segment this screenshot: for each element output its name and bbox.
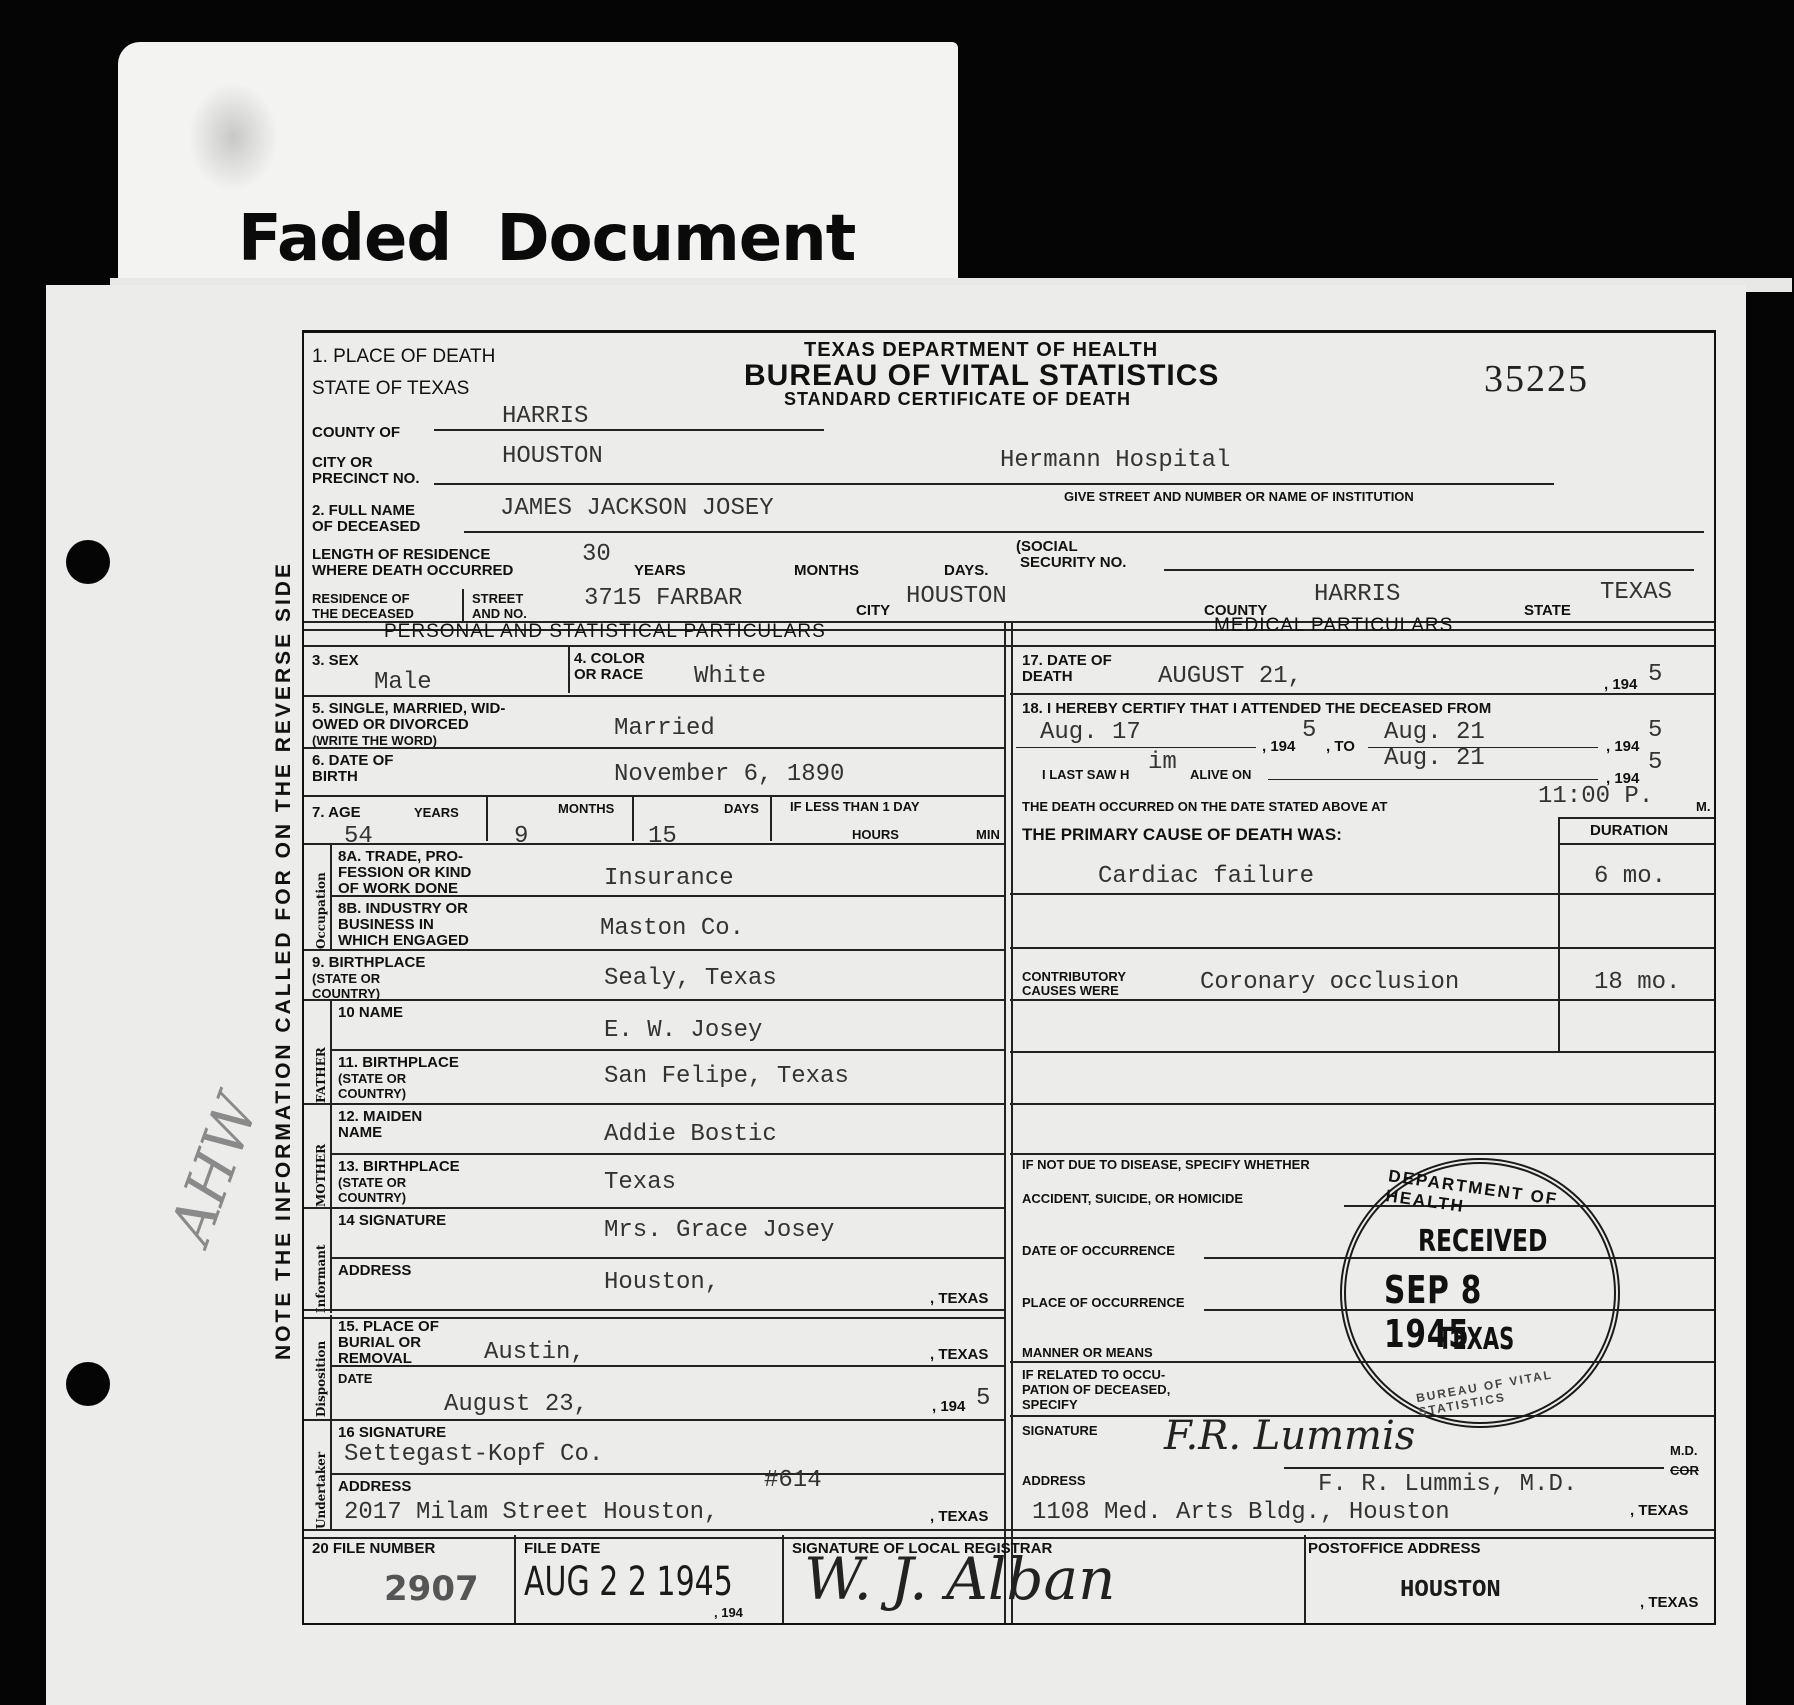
file-number-label: 20 FILE NUMBER xyxy=(312,1541,435,1557)
days-label: DAYS. xyxy=(944,563,988,579)
marital-label: 5. SINGLE, MARRIED, WID- xyxy=(312,701,505,717)
marital-label-3: (WRITE THE WORD) xyxy=(312,733,437,748)
ssn-label-2: SECURITY NO. xyxy=(1020,555,1126,571)
texas-suffix: , TEXAS xyxy=(930,1291,988,1307)
time-label: THE DEATH OCCURRED ON THE DATE STATED AB… xyxy=(1022,799,1387,814)
informant-address-value: Houston, xyxy=(604,1269,719,1296)
punch-hole-icon xyxy=(66,540,110,584)
mother-birthplace-label: 13. BIRTHPLACE xyxy=(338,1159,460,1175)
mother-name-label-2: NAME xyxy=(338,1125,382,1141)
father-birthplace-label-3: COUNTRY) xyxy=(338,1086,406,1101)
attended-to-value: Aug. 21 xyxy=(1384,719,1485,746)
street-label-2: AND NO. xyxy=(472,606,527,621)
undertaker-license: #614 xyxy=(764,1467,822,1494)
dod-year-prefix: , 194 xyxy=(1604,677,1637,693)
full-name-value: JAMES JACKSON JOSEY xyxy=(500,495,774,522)
informant-value: Mrs. Grace Josey xyxy=(604,1217,834,1244)
residence-label: RESIDENCE OF xyxy=(312,591,410,606)
burial-year-digit: 5 xyxy=(976,1385,990,1412)
cor-label: COR xyxy=(1670,1463,1699,1478)
duration-label: DURATION xyxy=(1590,823,1668,839)
stamp-state: TEXAS xyxy=(1438,1322,1514,1357)
po-address-value: HOUSTON xyxy=(1400,1577,1501,1604)
certificate-number: 35225 xyxy=(1484,357,1589,401)
attended-to-year: 5 xyxy=(1648,717,1662,744)
burial-label-2: BURIAL OR xyxy=(338,1335,421,1351)
last-saw-date: Aug. 21 xyxy=(1384,745,1485,772)
industry-label: 8B. INDUSTRY OR xyxy=(338,901,468,917)
trade-value: Insurance xyxy=(604,865,734,892)
county-value: HARRIS xyxy=(502,403,588,430)
dod-year-digit: 5 xyxy=(1648,661,1662,688)
mother-birthplace-value: Texas xyxy=(604,1169,676,1196)
res-state-value: TEXAS xyxy=(1600,579,1672,606)
disposition-side-label: Disposition xyxy=(314,1341,328,1417)
informant-signature-label: 14 SIGNATURE xyxy=(338,1213,446,1229)
dob-label-2: BIRTH xyxy=(312,769,358,785)
ssn-label: (SOCIAL xyxy=(1016,539,1078,555)
physician-address-label: ADDRESS xyxy=(1022,1473,1086,1488)
age-label: 7. AGE xyxy=(312,805,361,821)
file-date-label: FILE DATE xyxy=(524,1541,600,1557)
sex-label: 3. SEX xyxy=(312,653,359,669)
file-date-value: AUG 2 2 1945 xyxy=(524,1559,733,1605)
medical-heading: MEDICAL PARTICULARS xyxy=(1214,615,1453,637)
race-value: White xyxy=(694,663,766,690)
stamp-received: RECEIVED xyxy=(1418,1224,1547,1259)
father-side-label: FATHER xyxy=(314,1047,328,1103)
dod-label-2: DEATH xyxy=(1022,669,1073,685)
res-county-value: HARRIS xyxy=(1314,581,1400,608)
personal-heading: PERSONAL AND STATISTICAL PARTICULARS xyxy=(384,621,826,643)
death-certificate-form: 1. PLACE OF DEATH STATE OF TEXAS TEXAS D… xyxy=(302,330,1716,1625)
county-label: COUNTY OF xyxy=(312,425,400,441)
mother-side-label: MOTHER xyxy=(314,1144,328,1207)
age-days-value: 15 xyxy=(648,823,677,850)
last-saw-pronoun: im xyxy=(1148,749,1177,776)
undertaker-address-label: ADDRESS xyxy=(338,1479,411,1495)
file-year-prefix: , 194 xyxy=(714,1605,743,1620)
from-year-prefix: , 194 xyxy=(1262,739,1295,755)
mother-name-label: 12. MAIDEN xyxy=(338,1109,422,1125)
precinct-label: PRECINCT NO. xyxy=(312,471,420,487)
institution-value: Hermann Hospital xyxy=(1000,447,1230,474)
informant-address-label: ADDRESS xyxy=(338,1263,411,1279)
sex-value: Male xyxy=(374,669,432,696)
res-city-label: CITY xyxy=(856,603,890,619)
occupation-related-label-3: SPECIFY xyxy=(1022,1397,1078,1412)
mother-birthplace-label-3: COUNTRY) xyxy=(338,1190,406,1205)
birthplace-value: Sealy, Texas xyxy=(604,965,777,992)
time-value: 11:00 P. xyxy=(1538,783,1653,810)
trade-label-2: FESSION OR KIND xyxy=(338,865,471,881)
physician-address-value: 1108 Med. Arts Bldg., Houston xyxy=(1032,1499,1450,1526)
to-label: , TO xyxy=(1326,739,1355,755)
physician-name: F. R. Lummis, M.D. xyxy=(1318,1471,1577,1498)
institution-hint: GIVE STREET AND NUMBER OR NAME OF INSTIT… xyxy=(1064,489,1414,504)
primary-duration-value: 6 mo. xyxy=(1594,863,1666,890)
undertaker-side-label: Undertaker xyxy=(314,1452,328,1529)
father-birthplace-label-2: (STATE OR xyxy=(338,1071,406,1086)
contributory-label-2: CAUSES WERE xyxy=(1022,983,1119,998)
burial-place-value: Austin, xyxy=(484,1339,585,1366)
dod-label: 17. DATE OF xyxy=(1022,653,1112,669)
dob-label: 6. DATE OF xyxy=(312,753,393,769)
residence-years-value: 30 xyxy=(582,541,611,568)
father-name-value: E. W. Josey xyxy=(604,1017,762,1044)
age-less-label: IF LESS THAN 1 DAY xyxy=(790,799,920,814)
occupation-related-label: IF RELATED TO OCCU- xyxy=(1022,1367,1165,1382)
contributory-label: CONTRIBUTORY xyxy=(1022,969,1126,984)
accident-label: ACCIDENT, SUICIDE, OR HOMICIDE xyxy=(1022,1191,1243,1206)
occupation-related-label-2: PATION OF DECEASED, xyxy=(1022,1382,1170,1397)
age-min-label: MIN xyxy=(976,827,1000,842)
time-suffix: M. xyxy=(1696,799,1710,814)
reverse-side-note: NOTE THE INFORMATION CALLED FOR ON THE R… xyxy=(272,1320,296,1360)
undertaker-value: Settegast-Kopf Co. xyxy=(344,1441,603,1468)
city-label: CITY OR xyxy=(312,455,373,471)
to-year-prefix: , 194 xyxy=(1606,739,1639,755)
informant-side-label: Informant xyxy=(314,1244,328,1313)
burial-date-label: DATE xyxy=(338,1371,372,1386)
texas-suffix: , TEXAS xyxy=(930,1509,988,1525)
faded-document-tab: Faded Document xyxy=(118,42,958,292)
pencil-annotation: AHW xyxy=(156,1086,272,1252)
alive-on-label: ALIVE ON xyxy=(1190,767,1251,782)
age-months-value: 9 xyxy=(514,823,528,850)
manner-label: MANNER OR MEANS xyxy=(1022,1345,1153,1360)
texas-suffix: , TEXAS xyxy=(1630,1503,1688,1519)
not-disease-label: IF NOT DUE TO DISEASE, SPECIFY WHETHER xyxy=(1022,1157,1310,1172)
father-name-label: 10 NAME xyxy=(338,1005,403,1021)
place-of-death-label: 1. PLACE OF DEATH xyxy=(312,347,495,367)
occurrence-place-label: PLACE OF OCCURRENCE xyxy=(1022,1295,1185,1310)
age-hours-label: HOURS xyxy=(852,827,899,842)
res-city-value: HOUSTON xyxy=(906,583,1007,610)
age-years-value: 54 xyxy=(344,823,373,850)
undertaker-signature-label: 16 SIGNATURE xyxy=(338,1425,446,1441)
last-saw-year: 5 xyxy=(1648,749,1662,776)
texas-suffix: , TEXAS xyxy=(1640,1595,1698,1611)
state-label: STATE OF TEXAS xyxy=(312,379,469,399)
physician-signature: F.R. Lummis xyxy=(1164,1413,1415,1459)
registrar-signature: W. J. Alban xyxy=(804,1545,1115,1613)
received-stamp: DEPARTMENT OF HEALTH RECEIVED SEP 8 1945… xyxy=(1340,1158,1620,1428)
industry-value: Maston Co. xyxy=(600,915,744,942)
full-name-label: 2. FULL NAME xyxy=(312,503,415,519)
attended-from-year: 5 xyxy=(1302,717,1316,744)
certify-label: 18. I HEREBY CERTIFY THAT I ATTENDED THE… xyxy=(1022,701,1491,717)
attended-from-value: Aug. 17 xyxy=(1040,719,1141,746)
residence-label-2: THE DECEASED xyxy=(312,606,414,621)
street-value: 3715 FARBAR xyxy=(584,585,742,612)
dod-value: AUGUST 21, xyxy=(1158,663,1302,690)
age-months-label: MONTHS xyxy=(558,801,614,816)
industry-label-2: BUSINESS IN xyxy=(338,917,434,933)
residence-length-label-2: WHERE DEATH OCCURRED xyxy=(312,563,513,579)
birthplace-label-2: (STATE OR xyxy=(312,971,380,986)
burial-date-value: August 23, xyxy=(444,1391,588,1418)
occurrence-date-label: DATE OF OCCURRENCE xyxy=(1022,1243,1175,1258)
street-label: STREET xyxy=(472,591,523,606)
tab-title: Faded Document xyxy=(238,202,855,276)
years-label: YEARS xyxy=(634,563,686,579)
age-days-label: DAYS xyxy=(724,801,759,816)
mother-name-value: Addie Bostic xyxy=(604,1121,777,1148)
certificate-type: STANDARD CERTIFICATE OF DEATH xyxy=(784,389,1131,410)
contributory-cause-value: Coronary occlusion xyxy=(1200,969,1459,996)
contributory-duration-value: 18 mo. xyxy=(1594,969,1680,996)
bureau-title: BUREAU OF VITAL STATISTICS xyxy=(744,359,1219,393)
res-state-label: STATE xyxy=(1524,603,1571,619)
primary-cause-label: THE PRIMARY CAUSE OF DEATH WAS: xyxy=(1022,827,1342,843)
marital-value: Married xyxy=(614,715,715,742)
smudge-mark xyxy=(188,82,278,192)
md-label: M.D. xyxy=(1670,1443,1697,1458)
race-label: 4. COLOR xyxy=(574,651,645,667)
mother-birthplace-label-2: (STATE OR xyxy=(338,1175,406,1190)
residence-length-label: LENGTH OF RESIDENCE xyxy=(312,547,490,563)
occupation-side-label: Occupation xyxy=(314,872,328,949)
industry-label-3: WHICH ENGAGED xyxy=(338,933,469,949)
po-address-label: POSTOFFICE ADDRESS xyxy=(1308,1541,1481,1557)
last-saw-label: I LAST SAW H xyxy=(1042,767,1129,782)
dob-value: November 6, 1890 xyxy=(614,761,844,788)
full-name-label-2: OF DECEASED xyxy=(312,519,420,535)
primary-cause-value: Cardiac failure xyxy=(1098,863,1314,890)
undertaker-address-value: 2017 Milam Street Houston, xyxy=(344,1499,718,1526)
punch-hole-icon xyxy=(66,1362,110,1406)
trade-label: 8A. TRADE, PRO- xyxy=(338,849,463,865)
texas-suffix: , TEXAS xyxy=(930,1347,988,1363)
race-label-2: OR RACE xyxy=(574,667,643,683)
burial-label: 15. PLACE OF xyxy=(338,1319,439,1335)
months-label: MONTHS xyxy=(794,563,859,579)
burial-year-prefix: , 194 xyxy=(932,1399,965,1415)
father-birthplace-label: 11. BIRTHPLACE xyxy=(338,1055,459,1071)
city-value: HOUSTON xyxy=(502,443,603,470)
file-number-value: 2907 xyxy=(384,1569,479,1609)
physician-signature-label: SIGNATURE xyxy=(1022,1423,1098,1438)
marital-label-2: OWED OR DIVORCED xyxy=(312,717,469,733)
age-years-label: YEARS xyxy=(414,805,459,820)
birthplace-label: 9. BIRTHPLACE xyxy=(312,955,425,971)
father-birthplace-value: San Felipe, Texas xyxy=(604,1063,849,1090)
